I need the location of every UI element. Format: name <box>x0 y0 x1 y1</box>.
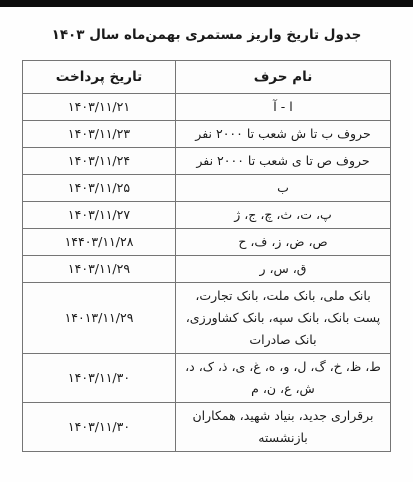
table-row: ط، ظ، خ، گ، ل، و، ه، غ، ی، ذ، ک، د، ش، ع… <box>23 354 391 403</box>
column-header-payment-date: تاریخ پرداخت <box>23 61 176 94</box>
payment-date-cell: ۱۴۰۳/۱۱/۲۳ <box>23 121 176 148</box>
column-header-letter-name: نام حرف <box>176 61 391 94</box>
payment-date-cell: ۱۴۰۳/۱۱/۳۰ <box>23 403 176 452</box>
payment-date-cell: ۱۴۰۳/۱۱/۳۰ <box>23 354 176 403</box>
deposit-schedule-table: نام حرف تاریخ پرداخت ا - آ ۱۴۰۳/۱۱/۲۱ حر… <box>22 60 391 452</box>
letter-name-cell: ق، س، ر <box>176 256 391 283</box>
letter-name-cell: ا - آ <box>176 94 391 121</box>
payment-date-cell: ۱۴۰۱۳/۱۱/۲۹ <box>23 283 176 354</box>
payment-date-cell: ۱۴۰۳/۱۱/۲۴ <box>23 148 176 175</box>
page-title: جدول تاریخ واریز مستمری بهمن‌ماه سال ۱۴۰… <box>8 27 405 43</box>
table-row: حروف ب تا ش شعب تا ۲۰۰۰ نفر ۱۴۰۳/۱۱/۲۳ <box>23 121 391 148</box>
letter-name-cell: برقراری جدید، بنیاد شهید، همکاران بازنشس… <box>176 403 391 452</box>
page: جدول تاریخ واریز مستمری بهمن‌ماه سال ۱۴۰… <box>0 0 413 452</box>
table-row: ق، س، ر ۱۴۰۳/۱۱/۲۹ <box>23 256 391 283</box>
payment-date-cell: ۱۴۰۳/۱۱/۲۵ <box>23 175 176 202</box>
top-black-bar <box>0 0 413 7</box>
table-row: حروف ص تا ی شعب تا ۲۰۰۰ نفر ۱۴۰۳/۱۱/۲۴ <box>23 148 391 175</box>
payment-date-cell: ۱۴۰۳/۱۱/۲۷ <box>23 202 176 229</box>
table-row: برقراری جدید، بنیاد شهید، همکاران بازنشس… <box>23 403 391 452</box>
table-header-row: نام حرف تاریخ پرداخت <box>23 61 391 94</box>
table-row: ا - آ ۱۴۰۳/۱۱/۲۱ <box>23 94 391 121</box>
letter-name-cell: پ، ت، ث، چ، ج، ژ <box>176 202 391 229</box>
letter-name-cell: حروف ب تا ش شعب تا ۲۰۰۰ نفر <box>176 121 391 148</box>
table-row: پ، ت، ث، چ، ج، ژ ۱۴۰۳/۱۱/۲۷ <box>23 202 391 229</box>
letter-name-cell: ص، ض، ز، ف، ح <box>176 229 391 256</box>
table-row: بانک ملی، بانک ملت، بانک تجارت، پست بانک… <box>23 283 391 354</box>
table-row: ب ۱۴۰۳/۱۱/۲۵ <box>23 175 391 202</box>
payment-date-cell: ۱۴۰۳/۱۱/۲۹ <box>23 256 176 283</box>
letter-name-cell: ط، ظ، خ، گ، ل، و، ه، غ، ی، ذ، ک، د، ش، ع… <box>176 354 391 403</box>
letter-name-cell: حروف ص تا ی شعب تا ۲۰۰۰ نفر <box>176 148 391 175</box>
letter-name-cell: بانک ملی، بانک ملت، بانک تجارت، پست بانک… <box>176 283 391 354</box>
payment-date-cell: ۱۴۰۳/۱۱/۲۱ <box>23 94 176 121</box>
letter-name-cell: ب <box>176 175 391 202</box>
table-row: ص، ض، ز، ف، ح ۱۴۴۰۳/۱۱/۲۸ <box>23 229 391 256</box>
payment-date-cell: ۱۴۴۰۳/۱۱/۲۸ <box>23 229 176 256</box>
